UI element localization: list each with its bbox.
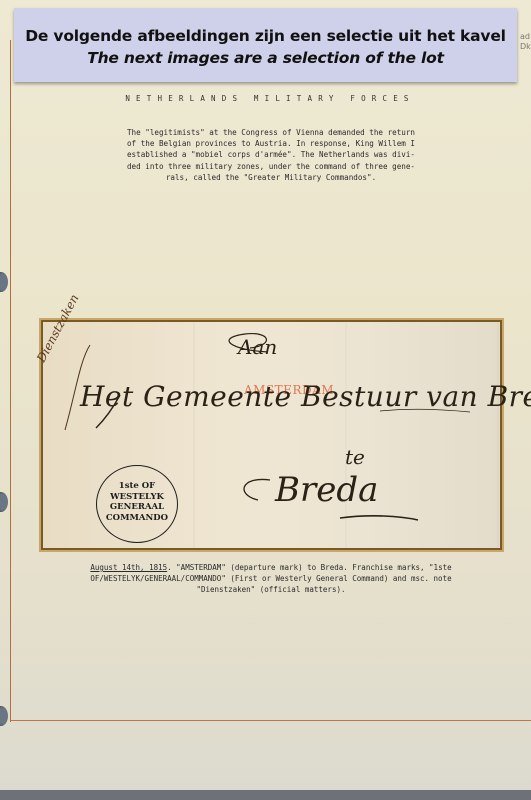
album-page: De volgende afbeeldingen zijn een select…: [0, 0, 531, 795]
background-surface: [0, 790, 531, 800]
addressee: Het Gemeente Bestuur van Breda: [80, 380, 531, 413]
preposition: te: [345, 445, 365, 469]
franchise-stamp: 1ste OF WESTELYK GENERAAL COMMANDO: [96, 465, 178, 543]
destination: Breda: [275, 470, 378, 510]
caption-date: August 14th, 1815: [90, 563, 167, 572]
cover-caption: August 14th, 1815. "AMSTERDAM" (departur…: [40, 562, 502, 596]
salutation: Aan: [238, 335, 277, 359]
